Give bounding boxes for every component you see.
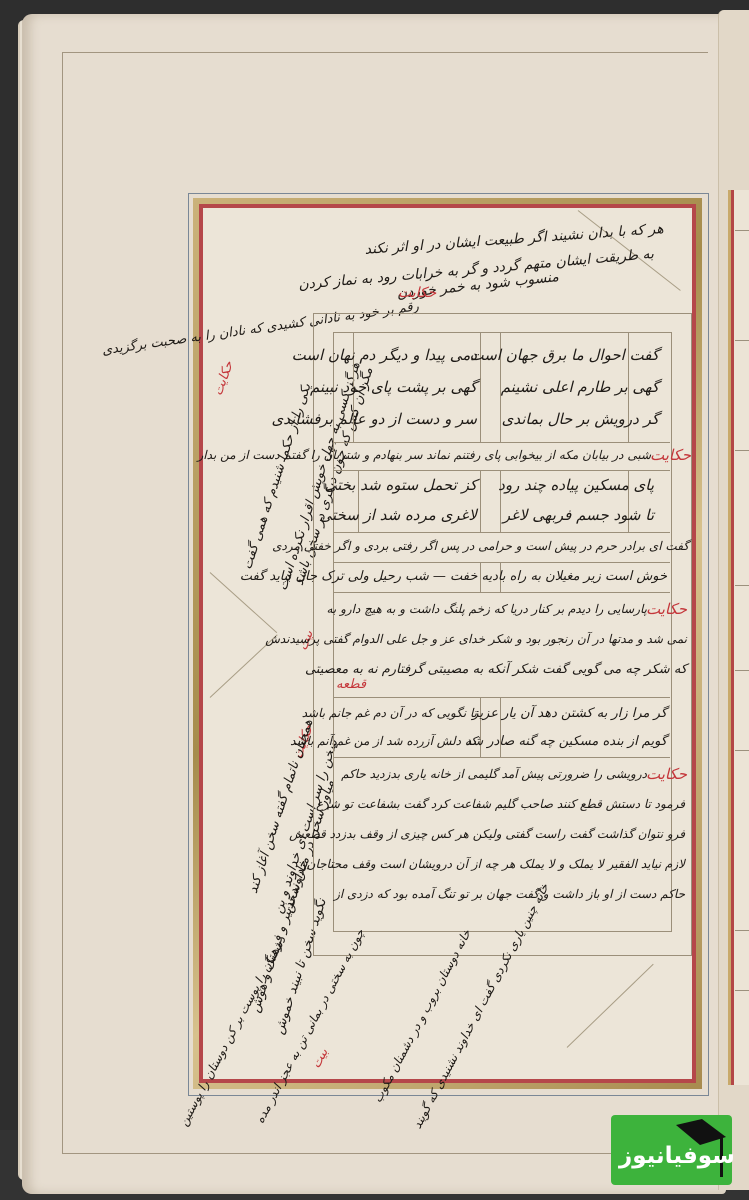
hikayat-2-line-3: که شکر چه می گویی گفت شکر آنکه به مصیبتی… — [305, 663, 687, 676]
hikayat-2-line-2: نمی شد و مدتها در آن رنجور بود و شکر خدا… — [265, 633, 687, 645]
qita-right-2: گویم از بنده مسکین چه گنه صادر شد — [465, 735, 667, 748]
verse3-line-b: خوش است زیر مغیلان به راه بادیه خفت — شب… — [240, 570, 667, 583]
row-rule — [333, 562, 670, 563]
verse1-right-3: گر درویش بر حال بماندی — [502, 412, 659, 427]
qita-left-2: که دلش آزرده شد از من غم آنم باشد — [290, 735, 477, 747]
hikayat-1-text: شبی در بیابان مکه از بیخوابی پای رفتنم ن… — [198, 449, 651, 461]
qita-left-1: تا نگویی که در آن دم غم جانم باشد — [302, 707, 477, 719]
column-rule — [480, 470, 481, 532]
row-rule — [333, 470, 670, 471]
hikayat-2-rubric: حکایت — [646, 602, 687, 617]
verse1-left-1: دمی پیدا و دیگر دم نهان است — [292, 348, 477, 363]
row-rule — [333, 532, 670, 533]
verse2-right-1: پای مسکین پیاده چند رود — [498, 478, 654, 493]
qita-right-1: گر مرا زار به کشتن دهد آن یار عزیز — [472, 707, 667, 720]
facing-page-rules — [735, 200, 749, 1080]
verse2-left-1: کز تحمل ستوه شد بختی — [325, 478, 477, 493]
verse3-line-a: گفت ای برادر حرم در پیش است و حرامی در پ… — [272, 540, 689, 552]
verse1-right-2: گهی بر طارم اعلی نشینم — [501, 380, 659, 395]
row-rule — [333, 592, 670, 593]
hikayat-3-line-4: لازم نیاید الفقیر لا یملک و لا یملک هر چ… — [307, 858, 685, 870]
verse1-left-2: گهی بر پشت پای خود نبینم — [310, 380, 477, 395]
row-rule — [333, 442, 670, 443]
qita-rubric: قطعه — [336, 678, 366, 691]
hikayat-3-line-1: درویشی را ضرورتی پیش آمد گلیمی از خانه ی… — [341, 768, 647, 780]
row-rule — [333, 757, 670, 758]
watermark-logo: سوفیانیوز — [611, 1115, 732, 1185]
hikayat-3-line-3: فرو نتوان گذاشت گفت راست گفتی ولیکن هر ک… — [289, 828, 685, 840]
hikayat-3-rubric: حکایت — [646, 767, 687, 782]
verse2-left-2: لاغری مرده شد از سختی — [320, 508, 477, 523]
row-rule — [333, 697, 670, 698]
verse1-left-3: سر و دست از دو عالم برفشاندی — [272, 412, 477, 427]
margin-top-rubric: حکایت — [398, 286, 436, 300]
verse1-right-1: گفت احوال ما برق جهان است — [470, 348, 660, 363]
watermark-text: سوفیانیوز — [619, 1143, 735, 1169]
hikayat-1-rubric: حکایت — [650, 448, 691, 463]
hikayat-3-line-2: فرمود تا دستش قطع کنند صاحب گلیم شفاعت ک… — [316, 798, 685, 810]
hikayat-3-line-5: حاکم دست از او باز داشت و گفت جهان بر تو… — [334, 888, 685, 900]
hikayat-2-line-1: پارسایی را دیدم بر کنار دریا که زخم پلنگ… — [326, 603, 647, 615]
verse2-right-2: تا شود جسم فربهی لاغر — [503, 508, 654, 523]
